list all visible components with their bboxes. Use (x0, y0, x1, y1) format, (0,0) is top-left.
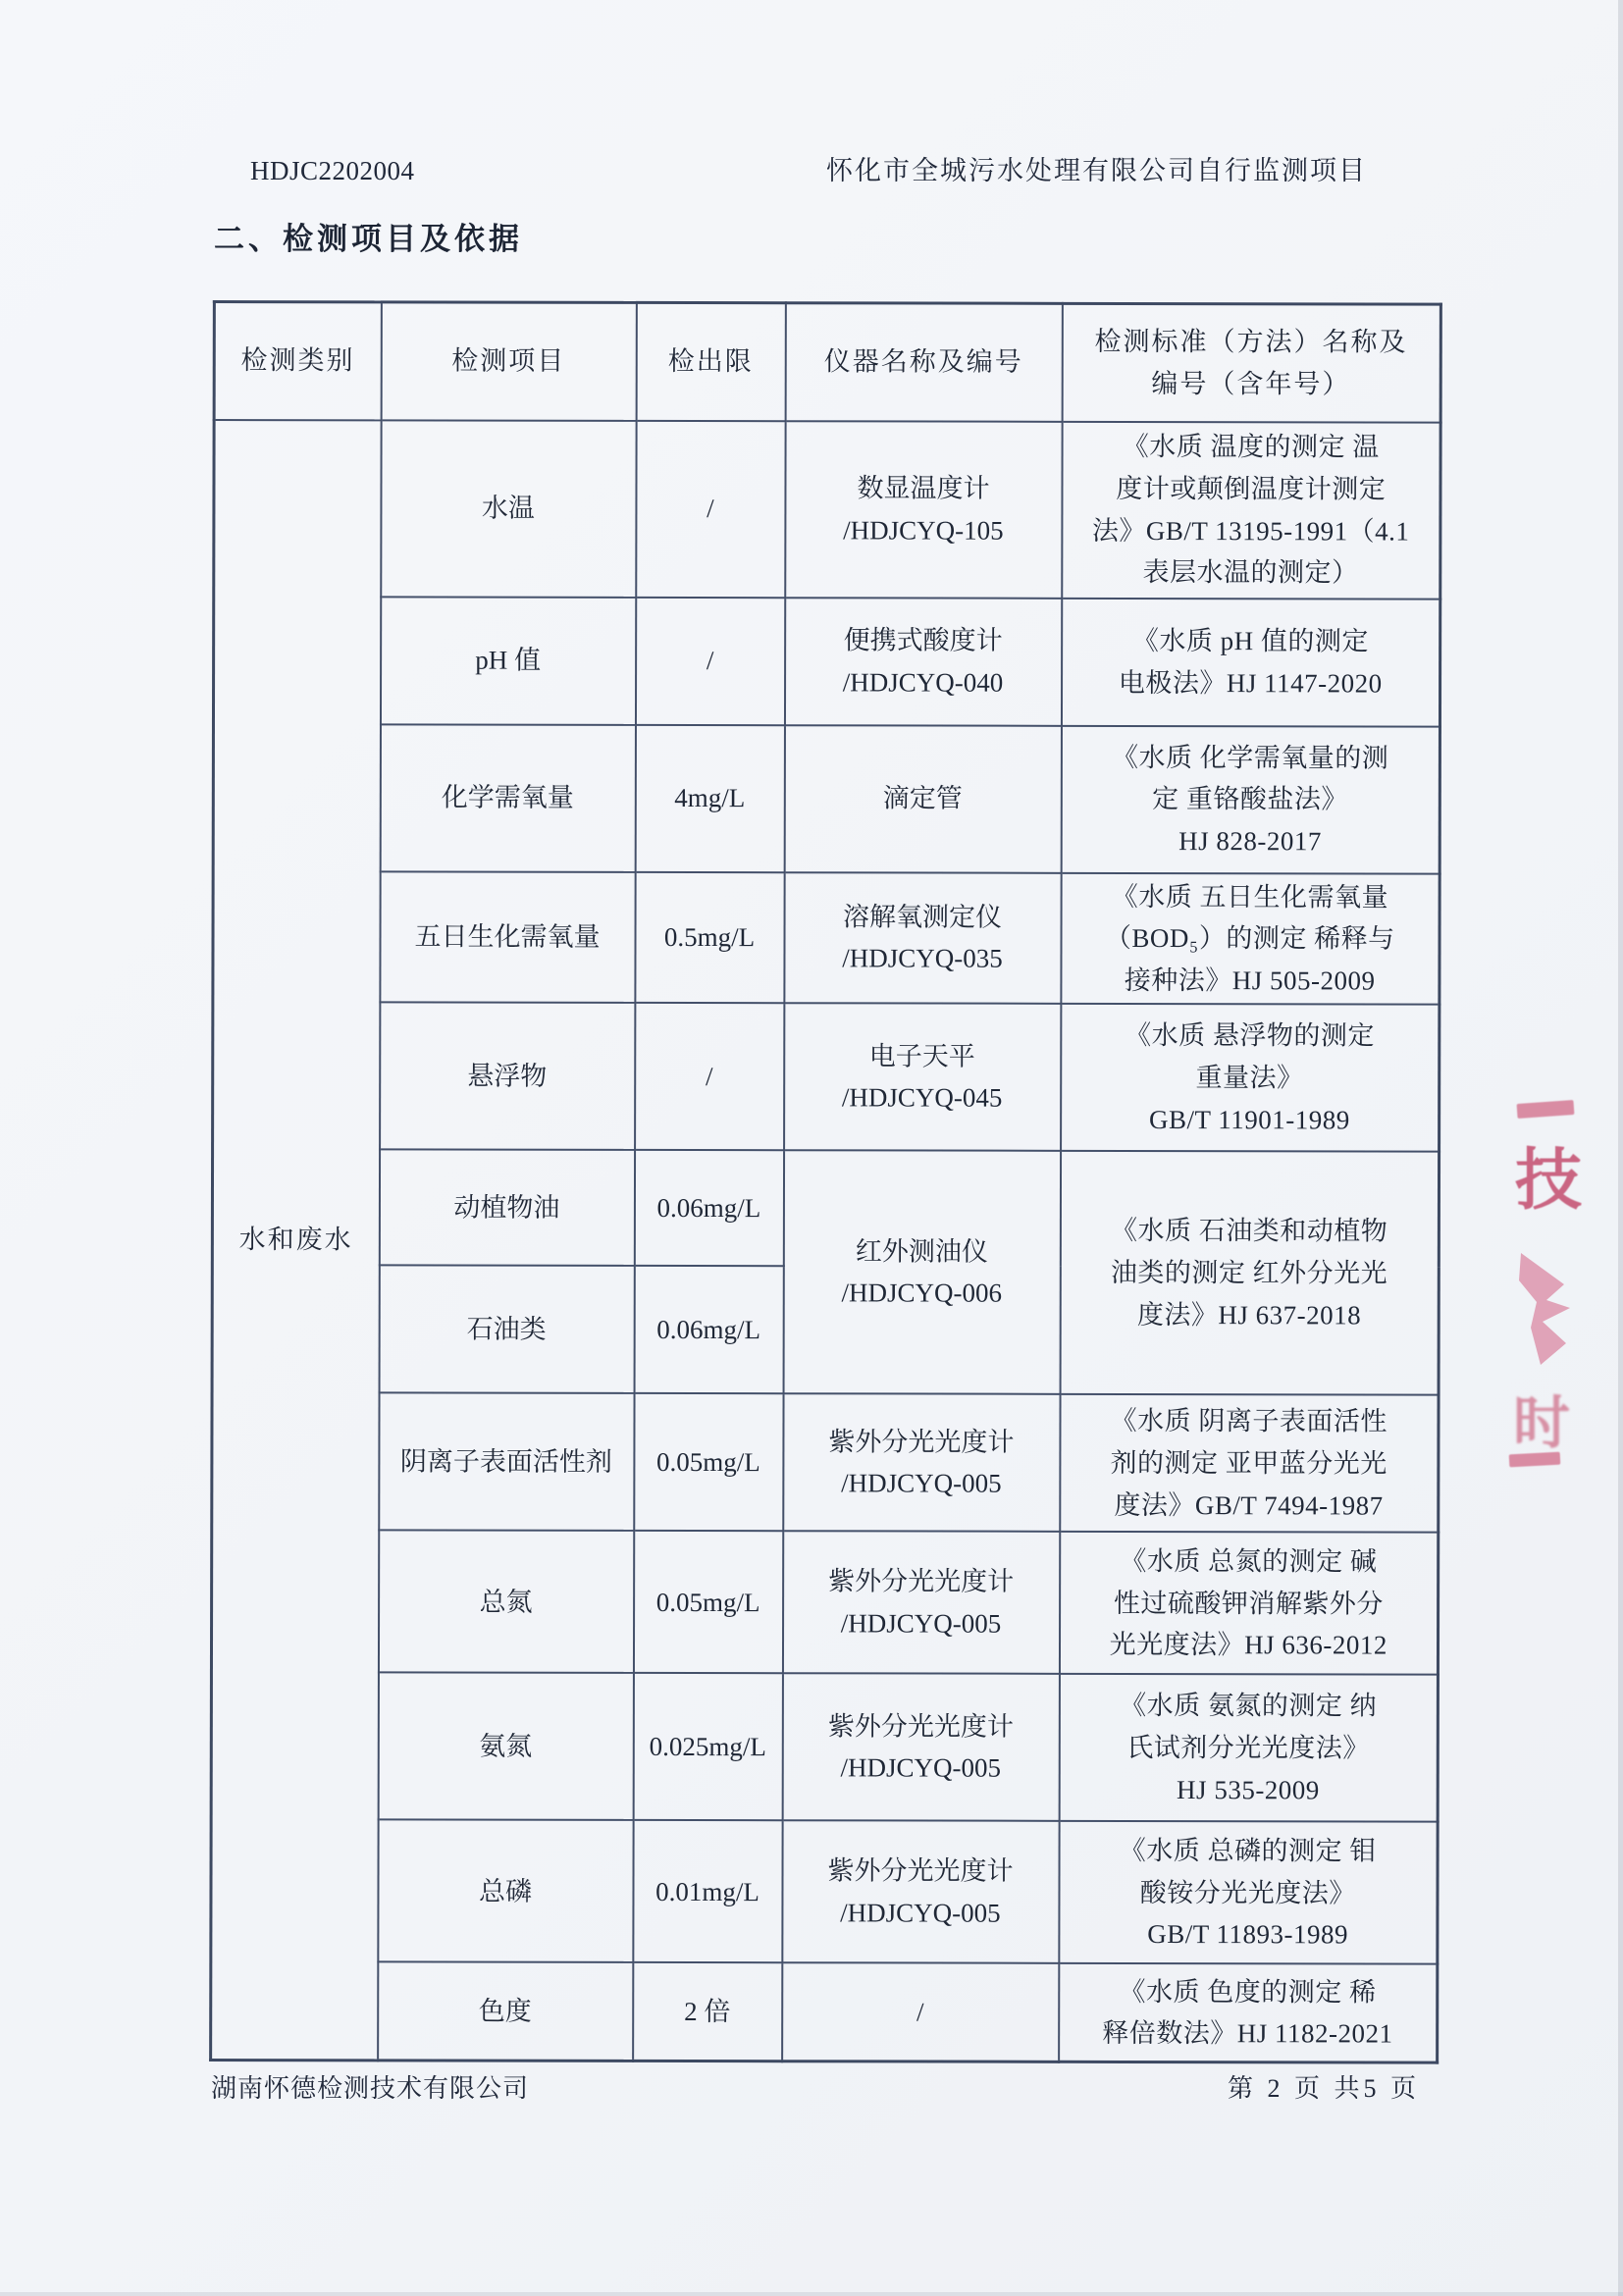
stamp-glyph: 技 (1515, 1127, 1582, 1223)
stamp-glyph: 时 (1513, 1377, 1570, 1459)
project-title: 怀化市全城污水处理有限公司自行监测项目 (826, 149, 1438, 187)
test-items-table: 检测类别 检测项目 检出限 仪器名称及编号 检测标准（方法）名称及 编号（含年号… (209, 300, 1442, 2064)
lab-company-name: 湖南怀德检测技术有限公司 (211, 2068, 529, 2105)
item-cell: 五日生化需氧量 (380, 871, 635, 1004)
report-number: HDJC2202004 (211, 156, 415, 186)
item-cell: 石油类 (379, 1266, 634, 1394)
limit-cell: 0.5mg/L (635, 871, 784, 1003)
standard-cell: 《水质 总磷的测定 钼 酸铵分光光度法》 GB/T 11893-1989 (1059, 1821, 1438, 1964)
table-row: pH 值 / 便携式酸度计 /HDJCYQ-040 《水质 pH 值的测定 电极… (213, 597, 1440, 727)
instrument-cell: 紫外分光光度计 /HDJCYQ-005 (782, 1674, 1059, 1822)
table-row: 氨氮 0.025mg/L 紫外分光光度计 /HDJCYQ-005 《水质 氨氮的… (211, 1672, 1438, 1822)
limit-cell: / (635, 1003, 784, 1150)
scan-edge (1618, 0, 1623, 2296)
table-row: 水和废水 水温 / 数显温度计 /HDJCYQ-105 《水质 温度的测定 温 … (214, 420, 1440, 600)
instrument-cell: 电子天平 /HDJCYQ-045 (784, 1004, 1061, 1152)
limit-cell: / (635, 597, 784, 724)
red-seal-stamp: 技 时 (1492, 1094, 1609, 1487)
standard-cell: 《水质 石油类和动植物 油类的测定 红外分光光 度法》HJ 637-2018 (1060, 1151, 1440, 1395)
table-row: 悬浮物 / 电子天平 /HDJCYQ-045 《水质 悬浮物的测定 重量法》 G… (213, 1002, 1440, 1152)
limit-cell: 0.06mg/L (634, 1150, 783, 1266)
document-footer: 湖南怀德检测技术有限公司 第 2 页 共5 页 (211, 2068, 1438, 2105)
standard-cell: 《水质 悬浮物的测定 重量法》 GB/T 11901-1989 (1061, 1004, 1440, 1152)
item-cell: 色度 (378, 1962, 633, 2061)
item-cell: 总磷 (378, 1820, 633, 1963)
limit-cell: 0.025mg/L (633, 1673, 782, 1820)
limit-cell: 0.05mg/L (633, 1531, 782, 1673)
standard-cell: 《水质 pH 值的测定 电极法》HJ 1147-2020 (1061, 598, 1440, 726)
limit-cell: 0.01mg/L (633, 1820, 782, 1962)
limit-cell: / (636, 420, 785, 597)
instrument-cell: 数显温度计 /HDJCYQ-105 (785, 421, 1062, 599)
standard-cell: 《水质 五日生化需氧量 （BOD₅）的测定 稀释与 接种法》HJ 505-200… (1061, 872, 1440, 1005)
item-cell: 阴离子表面活性剂 (379, 1393, 634, 1532)
table-row: 阴离子表面活性剂 0.05mg/L 紫外分光光度计 /HDJCYQ-005 《水… (212, 1392, 1439, 1533)
table-row: 动植物油 0.06mg/L 红外测油仪 /HDJCYQ-006 《水质 石油类和… (212, 1149, 1439, 1268)
stamp-border-bar-icon (1517, 1100, 1575, 1119)
scan-edge (0, 2292, 1623, 2296)
item-cell: 悬浮物 (380, 1003, 635, 1151)
instrument-cell: 滴定管 (784, 725, 1061, 873)
instrument-cell: 红外测油仪 /HDJCYQ-006 (783, 1151, 1061, 1395)
category-cell: 水和废水 (211, 420, 382, 2061)
col-header-item: 检测项目 (381, 302, 636, 421)
table-row: 总磷 0.01mg/L 紫外分光光度计 /HDJCYQ-005 《水质 总磷的测… (211, 1819, 1438, 1964)
limit-cell: 0.06mg/L (634, 1266, 783, 1393)
page-indicator: 第 2 页 共5 页 (1228, 2068, 1438, 2105)
limit-cell: 2 倍 (633, 1962, 782, 2061)
limit-cell: 4mg/L (635, 724, 784, 871)
stamp-smudge-icon (1507, 1251, 1582, 1369)
standard-cell: 《水质 总氮的测定 碱 性过硫酸钾消解紫外分 光光度法》HJ 636-2012 (1059, 1532, 1438, 1675)
instrument-cell: 溶解氧测定仪 /HDJCYQ-035 (784, 872, 1061, 1005)
table-header-row: 检测类别 检测项目 检出限 仪器名称及编号 检测标准（方法）名称及 编号（含年号… (214, 302, 1440, 423)
table-row: 化学需氧量 4mg/L 滴定管 《水质 化学需氧量的测 定 重铬酸盐法》 HJ … (213, 724, 1440, 874)
item-cell: pH 值 (380, 597, 635, 725)
item-cell: 氨氮 (378, 1673, 633, 1821)
document-header: HDJC2202004 怀化市全城污水处理有限公司自行监测项目 (211, 149, 1438, 187)
stamp-border-bar-icon (1509, 1452, 1561, 1468)
instrument-cell: 便携式酸度计 /HDJCYQ-040 (784, 598, 1061, 726)
item-cell: 水温 (381, 420, 636, 598)
standard-cell: 《水质 阴离子表面活性 剂的测定 亚甲蓝分光光 度法》GB/T 7494-198… (1060, 1394, 1439, 1533)
instrument-cell: 紫外分光光度计 /HDJCYQ-005 (782, 1821, 1059, 1964)
item-cell: 动植物油 (379, 1150, 634, 1267)
table-row: 五日生化需氧量 0.5mg/L 溶解氧测定仪 /HDJCYQ-035 《水质 五… (213, 871, 1440, 1006)
col-header-category: 检测类别 (214, 302, 381, 420)
standard-cell: 《水质 色度的测定 稀 释倍数法》HJ 1182-2021 (1059, 1963, 1438, 2062)
col-header-limit: 检出限 (636, 302, 785, 420)
scanned-document-page: HDJC2202004 怀化市全城污水处理有限公司自行监测项目 二、检测项目及依… (0, 0, 1623, 2296)
instrument-cell: 紫外分光光度计 /HDJCYQ-005 (783, 1394, 1060, 1533)
table-row: 总氮 0.05mg/L 紫外分光光度计 /HDJCYQ-005 《水质 总氮的测… (211, 1530, 1438, 1675)
col-header-instrument: 仪器名称及编号 (785, 303, 1062, 422)
standard-cell: 《水质 化学需氧量的测 定 重铬酸盐法》 HJ 828-2017 (1061, 725, 1440, 873)
instrument-cell: / (782, 1963, 1059, 2062)
item-cell: 总氮 (378, 1531, 633, 1674)
limit-cell: 0.05mg/L (634, 1393, 783, 1531)
item-cell: 化学需氧量 (380, 724, 635, 872)
section-title: 二、检测项目及依据 (214, 214, 523, 258)
standard-cell: 《水质 温度的测定 温 度计或颠倒温度计测定 法》GB/T 13195-1991… (1062, 421, 1440, 599)
standard-cell: 《水质 氨氮的测定 纳 氏试剂分光光度法》 HJ 535-2009 (1059, 1674, 1438, 1822)
col-header-standard: 检测标准（方法）名称及 编号（含年号） (1062, 303, 1440, 422)
instrument-cell: 紫外分光光度计 /HDJCYQ-005 (782, 1532, 1059, 1675)
table-row: 色度 2 倍 / 《水质 色度的测定 稀 释倍数法》HJ 1182-2021 (211, 1961, 1438, 2062)
